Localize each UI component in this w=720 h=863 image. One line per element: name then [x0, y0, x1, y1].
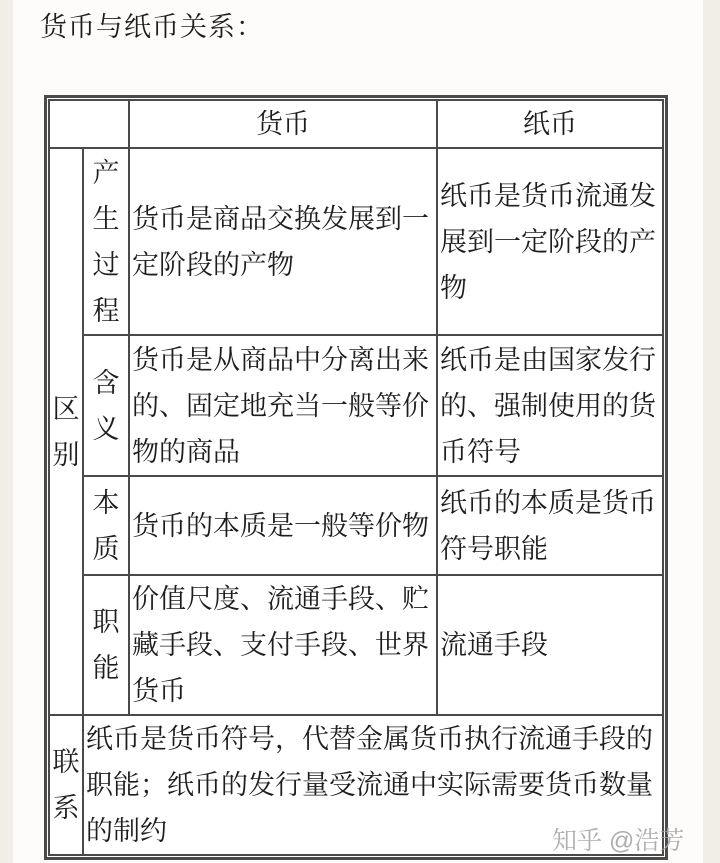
row-label-function: 职能: [83, 575, 129, 715]
table-row-function: 职能 价值尺度、流通手段、贮藏手段、支付手段、世界货币 流通手段: [49, 575, 663, 715]
page-left-margin: [0, 0, 13, 863]
currency-essence-cell: 货币的本质是一般等价物: [129, 476, 437, 575]
row-label-link: 联系: [49, 715, 83, 855]
paper-essence-cell: 纸币的本质是货币符号职能: [437, 476, 663, 575]
row-label-process: 产生过程: [83, 148, 129, 335]
row-label-essence: 本质: [83, 476, 129, 575]
currency-process-cell: 货币是商品交换发展到一定阶段的产物: [129, 148, 437, 335]
currency-meaning-cell: 货币是从商品中分离出来的、固定地充当一般等价物的商品: [129, 335, 437, 476]
table-row-link: 联系 纸币是货币符号，代替金属货币执行流通手段的职能；纸币的发行量受流通中实际需…: [49, 715, 663, 855]
table-row-meaning: 含义 货币是从商品中分离出来的、固定地充当一般等价物的商品 纸币是由国家发行的、…: [49, 335, 663, 476]
comparison-table: 货币 纸币 区别 产生过程 货币是商品交换发展到一定阶段的产物 纸币是货币流通发…: [48, 99, 664, 856]
page-right-margin: [703, 0, 720, 863]
row-label-meaning: 含义: [83, 335, 129, 476]
header-paper-cell: 纸币: [437, 100, 663, 148]
group-label-difference: 区别: [49, 148, 83, 715]
header-currency-cell: 货币: [129, 100, 437, 148]
link-content-cell: 纸币是货币符号，代替金属货币执行流通手段的职能；纸币的发行量受流通中实际需要货币…: [83, 715, 663, 855]
table-row-essence: 本质 货币的本质是一般等价物 纸币的本质是货币符号职能: [49, 476, 663, 575]
paper-process-cell: 纸币是货币流通发展到一定阶段的产物: [437, 148, 663, 335]
paper-function-cell: 流通手段: [437, 575, 663, 715]
currency-function-cell: 价值尺度、流通手段、贮藏手段、支付手段、世界货币: [129, 575, 437, 715]
currency-comparison-table: 货币 纸币 区别 产生过程 货币是商品交换发展到一定阶段的产物 纸币是货币流通发…: [44, 95, 668, 860]
paper-meaning-cell: 纸币是由国家发行的、强制使用的货币符号: [437, 335, 663, 476]
page-title: 货币与纸币关系：: [40, 5, 264, 44]
table-header-row: 货币 纸币: [49, 100, 663, 148]
header-blank-cell: [49, 100, 129, 148]
table-row-process: 区别 产生过程 货币是商品交换发展到一定阶段的产物 纸币是货币流通发展到一定阶段…: [49, 148, 663, 335]
